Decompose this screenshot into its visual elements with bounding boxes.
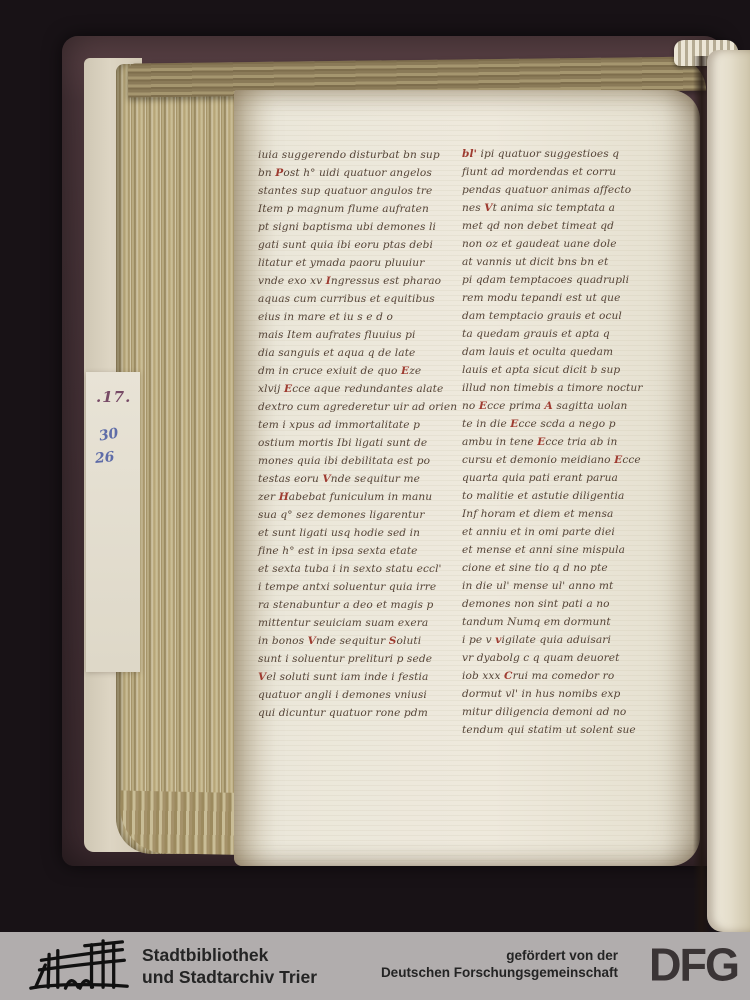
manuscript-text-line: fine h° est in ipsa sexta etate bbox=[258, 542, 458, 560]
manuscript-text-line: iuia suggerendo disturbat bn sup bbox=[258, 146, 458, 164]
manuscript-text-line: ra stenabuntur a deo et magis p bbox=[258, 596, 458, 614]
manuscript-text-line: demones non sint pati a no bbox=[462, 595, 698, 613]
manuscript-text-line: ta quedam grauis et apta q bbox=[462, 325, 698, 343]
manuscript-text-line: mais Item aufrates fluuius pi bbox=[258, 326, 458, 344]
porta-nigra-logo-icon bbox=[26, 937, 132, 995]
manuscript-text-line: at vannis ut dicit bns bn et bbox=[462, 253, 698, 271]
manuscript-text-line: cione et sine tio q d no pte bbox=[462, 559, 698, 577]
manuscript-text-line: to malitie et astutie diligentia bbox=[462, 487, 698, 505]
manuscript-photo: .17. 30 26 iuia suggerendo disturbat bn … bbox=[0, 0, 750, 932]
library-name: Stadtbibliothek und Stadtarchiv Trier bbox=[142, 944, 317, 988]
manuscript-text-line: te in die Ecce scda a nego p bbox=[462, 415, 698, 433]
manuscript-text-line: cursu et demonio meidiano Ecce bbox=[462, 451, 698, 469]
manuscript-text-line: mittentur seuiciam suam exera bbox=[258, 614, 458, 632]
manuscript-text-line: dextro cum agrederetur uir ad orien bbox=[258, 398, 458, 416]
manuscript-text-line: nes Vt anima sic temptata a bbox=[462, 199, 698, 217]
manuscript-text-line: dam temptacio grauis et ocul bbox=[462, 307, 698, 325]
manuscript-text-line: sunt i soluentur prelituri p sede bbox=[258, 650, 458, 668]
manuscript-text-line: qui dicuntur quatuor rone pdm bbox=[258, 704, 458, 722]
manuscript-text-line: met qd non debet timeat qd bbox=[462, 217, 698, 235]
footer-banner: Stadtbibliothek und Stadtarchiv Trier ge… bbox=[0, 932, 750, 1000]
manuscript-text-line: no Ecce prima A sagitta uolan bbox=[462, 397, 698, 415]
manuscript-text-line: dormut vl' in hus nomibs exp bbox=[462, 685, 698, 703]
manuscript-text-line: bn Post h° uidi quatuor angelos bbox=[258, 164, 458, 182]
dfg-logo: DFG bbox=[649, 941, 738, 990]
manuscript-text-line: tendum qui statim ut solent sue bbox=[462, 721, 698, 739]
manuscript-text-line: quarta quia pati erant parua bbox=[462, 469, 698, 487]
margin-note-26: 26 bbox=[94, 449, 115, 467]
margin-note-17: .17. bbox=[96, 388, 131, 406]
funding-line2: Deutschen Forschungsgemeinschaft bbox=[381, 964, 618, 981]
bookmark-slip bbox=[86, 372, 140, 672]
manuscript-text-line: iob xxx Crui ma comedor ro bbox=[462, 667, 698, 685]
manuscript-text-line: in die ul' mense ul' anno mt bbox=[462, 577, 698, 595]
manuscript-text-line: mitur diligencia demoni ad no bbox=[462, 703, 698, 721]
funding-line1: gefördert von der bbox=[381, 947, 618, 964]
manuscript-text-line: dam lauis et oculta quedam bbox=[462, 343, 698, 361]
facing-page-fore-edge bbox=[707, 50, 750, 932]
manuscript-text-line: litatur et ymada paoru pluuiur bbox=[258, 254, 458, 272]
manuscript-text-line: lauis et apta sicut dicit b sup bbox=[462, 361, 698, 379]
manuscript-text-line: pi qdam temptacoes quadrupli bbox=[462, 271, 698, 289]
manuscript-text-line: tem i xpus ad immortalitate p bbox=[258, 416, 458, 434]
manuscript-text-line: fiunt ad mordendas et corru bbox=[462, 163, 698, 181]
manuscript-text-line: dm in cruce exiuit de quo Eze bbox=[258, 362, 458, 380]
manuscript-text-line: et mense et anni sine mispula bbox=[462, 541, 698, 559]
manuscript-text-line: non oz et gaudeat uane dole bbox=[462, 235, 698, 253]
manuscript-text-line: rem modu tepandi est ut que bbox=[462, 289, 698, 307]
funding-credit: gefördert von der Deutschen Forschungsge… bbox=[381, 947, 618, 981]
manuscript-text-line: i tempe antxi soluentur quia irre bbox=[258, 578, 458, 596]
manuscript-text-line: sua q° sez demones ligarentur bbox=[258, 506, 458, 524]
manuscript-text-line: et sunt ligati usq hodie sed in bbox=[258, 524, 458, 542]
manuscript-text-line: et anniu et in omi parte diei bbox=[462, 523, 698, 541]
manuscript-text-line: Item p magnum flume aufraten bbox=[258, 200, 458, 218]
manuscript-text-line: Inf horam et diem et mensa bbox=[462, 505, 698, 523]
library-name-line1: Stadtbibliothek bbox=[142, 944, 317, 966]
manuscript-text-line: i pe v vigilate quia aduisari bbox=[462, 631, 698, 649]
manuscript-text-line: illud non timebis a timore noctur bbox=[462, 379, 698, 397]
manuscript-text-line: bl' ipi quatuor suggestioes q bbox=[462, 145, 698, 163]
manuscript-text-line: stantes sup quatuor angulos tre bbox=[258, 182, 458, 200]
manuscript-text-line: pendas quatuor animas affecto bbox=[462, 181, 698, 199]
manuscript-text-line: aquas cum curribus et equitibus bbox=[258, 290, 458, 308]
manuscript-text-line: xlvij Ecce aque redundantes alate bbox=[258, 380, 458, 398]
manuscript-text-line: testas eoru Vnde sequitur me bbox=[258, 470, 458, 488]
margin-note-30: 30 bbox=[98, 425, 120, 444]
manuscript-text-line: Vel soluti sunt iam inde i festia bbox=[258, 668, 458, 686]
manuscript-text-line: tandum Numq em dormunt bbox=[462, 613, 698, 631]
text-column-right: bl' ipi quatuor suggestioes qfiunt ad mo… bbox=[462, 145, 698, 739]
manuscript-text-line: ostium mortis Ibi ligati sunt de bbox=[258, 434, 458, 452]
manuscript-text-line: mones quia ibi debilitata est po bbox=[258, 452, 458, 470]
manuscript-text-line: eius in mare et iu s e d o bbox=[258, 308, 458, 326]
manuscript-text-line: ambu in tene Ecce tria ab in bbox=[462, 433, 698, 451]
manuscript-text-line: pt signi baptisma ubi demones li bbox=[258, 218, 458, 236]
manuscript-text-line: et sexta tuba i in sexto statu eccl' bbox=[258, 560, 458, 578]
manuscript-text-line: quatuor angli i demones vniusi bbox=[258, 686, 458, 704]
manuscript-text-line: vnde exo xv Ingressus est pharao bbox=[258, 272, 458, 290]
manuscript-text-line: gati sunt quia ibi eoru ptas debi bbox=[258, 236, 458, 254]
manuscript-text-line: zer Habebat funiculum in manu bbox=[258, 488, 458, 506]
library-name-line2: und Stadtarchiv Trier bbox=[142, 966, 317, 988]
manuscript-text-line: in bonos Vnde sequitur Soluti bbox=[258, 632, 458, 650]
text-column-left: iuia suggerendo disturbat bn supbn Post … bbox=[258, 146, 458, 722]
manuscript-text-line: dia sanguis et aqua q de late bbox=[258, 344, 458, 362]
manuscript-text-line: vr dyabolg c q quam deuoret bbox=[462, 649, 698, 667]
